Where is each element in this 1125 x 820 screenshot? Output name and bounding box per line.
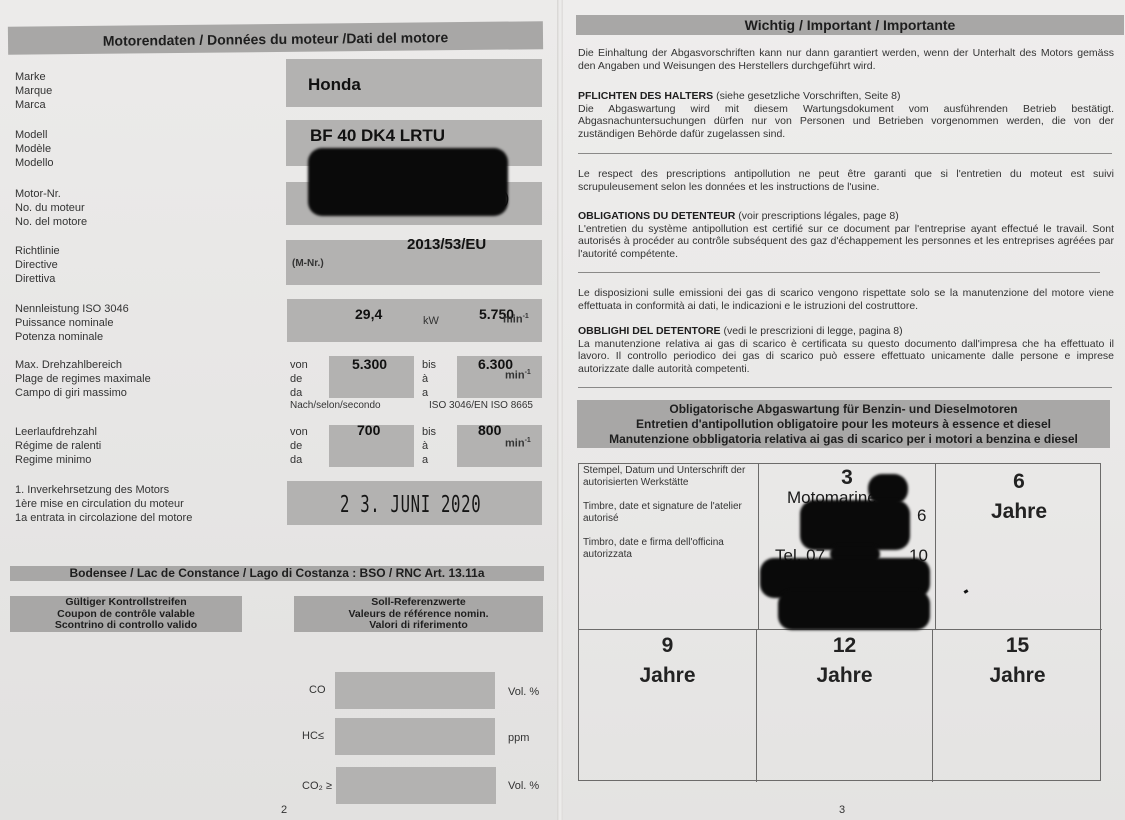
co-field	[335, 672, 495, 709]
co2-label: CO₂ ≥	[302, 779, 332, 793]
interval-15-years: 15 Jahre	[933, 630, 1102, 782]
duties-it-body: La manutenzione relativa ai gas di scari…	[578, 338, 1114, 375]
control-strip-header: Gültiger Kontrollstreifen Coupon de cont…	[10, 596, 242, 632]
page-fold	[557, 0, 563, 820]
hc-label: HC≤	[302, 729, 324, 743]
idle-unit: min-1	[505, 437, 531, 450]
engine-number-label: Motor-Nr. No. du moteur No. del motore	[15, 187, 87, 229]
interval-9-years: 9 Jahre	[579, 630, 757, 782]
max-rpm-to-label: bis à a	[422, 358, 436, 400]
first-registration-date-stamp: 2 3. JUNI 2020	[340, 492, 481, 518]
co-label: CO	[309, 683, 326, 697]
brand-value: Honda	[308, 75, 361, 95]
divider-1	[578, 153, 1112, 154]
according-to-label: Nach/selon/secondo	[290, 399, 381, 413]
idle-to-value: 800	[478, 422, 501, 438]
duties-it-title: OBBLIGHI DEL DETENTORE	[578, 325, 721, 337]
reference-values-header: Soll-Referenzwerte Valeurs de référence …	[294, 596, 543, 632]
engine-data-header: Motorendaten / Données du moteur /Dati d…	[8, 21, 543, 55]
rated-rpm-unit: min-1	[503, 313, 529, 326]
divider-2	[578, 272, 1100, 273]
idle-from-value: 700	[357, 422, 380, 438]
co2-field	[336, 767, 496, 804]
max-rpm-unit: min-1	[505, 369, 531, 382]
duties-de-title: PFLICHTEN DES HALTERS	[578, 90, 713, 102]
maintenance-header: Obligatorische Abgaswartung für Benzin- …	[577, 400, 1110, 448]
idle-to-label: bis à a	[422, 425, 436, 467]
divider-3	[578, 387, 1112, 388]
intro-de: Die Einhaltung der Abgasvorschriften kan…	[578, 47, 1114, 72]
rated-power-unit: kW	[423, 315, 439, 327]
interval-12-years: 12 Jahre	[757, 630, 933, 782]
duties-fr: OBLIGATIONS DU DETENTEUR (voir prescript…	[578, 210, 1114, 260]
intro-it: Le disposizioni sulle emissioni dei gas …	[578, 287, 1114, 312]
stamp-instructions-de: Stempel, Datum und Unterschrift der auto…	[583, 465, 753, 489]
duties-fr-body: L'entretien du système antipollution est…	[578, 223, 1114, 260]
rated-power-value: 29,4	[355, 306, 382, 322]
stamp-redaction-2	[800, 500, 910, 550]
duties-fr-title: OBLIGATIONS DU DETENTEUR	[578, 210, 735, 222]
page-number-right: 3	[839, 804, 845, 816]
stamp-redaction-5	[778, 590, 930, 630]
intro-fr: Le respect des prescriptions antipolluti…	[578, 168, 1114, 193]
duties-de-body: Die Abgaswartung wird mit diesem Wartung…	[578, 103, 1114, 140]
lake-constance-bar: Bodensee / Lac de Constance / Lago di Co…	[10, 566, 544, 581]
rated-power-label: Nennleistung ISO 3046 Puissance nominale…	[15, 302, 129, 344]
first-registration-label: 1. Inverkehrsetzung des Motors 1ère mise…	[15, 483, 192, 525]
co-unit: Vol. %	[508, 685, 539, 699]
model-value: BF 40 DK4 LRTU	[310, 126, 445, 146]
stamp-instructions-it: Timbro, date e firma dell'officina autor…	[583, 537, 753, 561]
model-label: Modell Modèle Modello	[15, 128, 54, 170]
hc-unit: ppm	[508, 731, 529, 745]
directive-label: Richtlinie Directive Direttiva	[15, 244, 60, 286]
duties-it: OBBLIGHI DEL DETENTORE (vedi le prescriz…	[578, 325, 1114, 375]
interval-6-years: 6 Jahre	[936, 464, 1102, 630]
page-number-left: 2	[281, 804, 287, 816]
duties-de: PFLICHTEN DES HALTERS (siehe gesetzliche…	[578, 90, 1114, 140]
directive-mnr-label: (M-Nr.)	[292, 257, 324, 271]
important-header: Wichtig / Important / Importante	[576, 15, 1124, 35]
idle-speed-label: Leerlaufdrehzahl Régime de ralenti Regim…	[15, 425, 101, 467]
co2-unit: Vol. %	[508, 779, 539, 793]
brand-label: Marke Marque Marca	[15, 70, 52, 112]
stamp-instructions-fr: Timbre, date et signature de l'atelier a…	[583, 501, 753, 525]
max-rpm-label: Max. Drehzahlbereich Plage de regimes ma…	[15, 358, 151, 400]
directive-value: 2013/53/EU	[407, 236, 486, 253]
stamp-instructions-cell: Stempel, Datum und Unterschrift der auto…	[579, 464, 759, 630]
iso-standard: ISO 3046/EN ISO 8665	[429, 399, 533, 413]
idle-from-label: von de da	[290, 425, 308, 467]
engine-number-redaction	[308, 148, 508, 216]
max-rpm-from-label: von de da	[290, 358, 308, 400]
max-rpm-from-value: 5.300	[352, 356, 387, 372]
hc-field	[335, 718, 495, 755]
